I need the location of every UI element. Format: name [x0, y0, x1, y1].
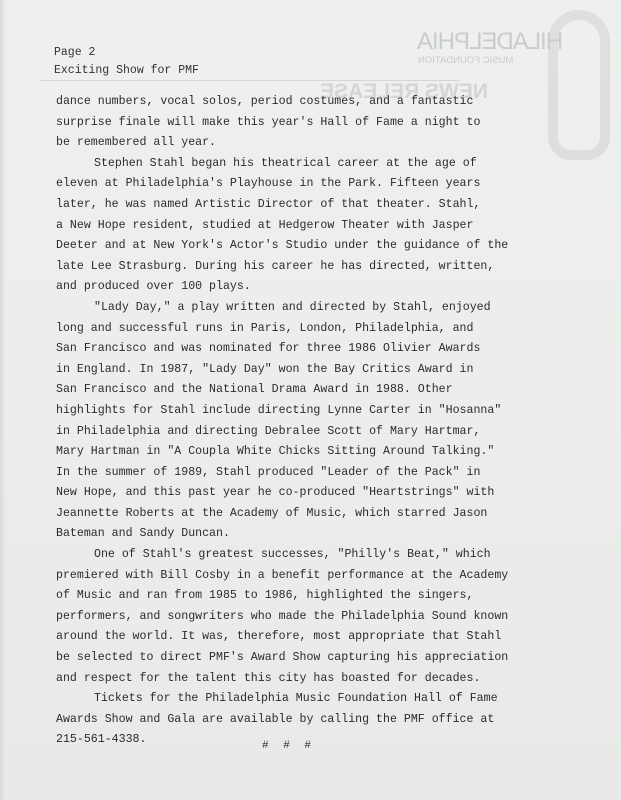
page-edge-shadow — [0, 0, 6, 800]
document-slug: Exciting Show for PMF — [54, 62, 199, 80]
text-line: later, he was named Artistic Director of… — [56, 195, 556, 216]
text-line: "Lady Day," a play written and directed … — [56, 298, 556, 319]
text-line: highlights for Stahl include directing L… — [56, 401, 556, 422]
text-line: be remembered all year. — [56, 133, 556, 154]
text-line: in Philadelphia and directing Debralee S… — [56, 422, 556, 443]
page-header: Page 2 Exciting Show for PMF — [54, 44, 199, 80]
text-line: and produced over 100 plays. — [56, 277, 556, 298]
text-line: Awards Show and Gala are available by ca… — [56, 710, 556, 731]
text-line: surprise finale will make this year's Ha… — [56, 113, 556, 134]
treble-clef-logo-icon — [548, 10, 610, 160]
body-paragraph: Stephen Stahl began his theatrical caree… — [56, 154, 556, 298]
body-paragraph: dance numbers, vocal solos, period costu… — [56, 92, 556, 154]
text-line: Tickets for the Philadelphia Music Found… — [56, 689, 556, 710]
document-body: dance numbers, vocal solos, period costu… — [56, 92, 556, 751]
letterhead-org-sub: MUSIC FOUNDATION — [418, 55, 513, 66]
text-line: Jeannette Roberts at the Academy of Musi… — [56, 504, 556, 525]
text-line: New Hope, and this past year he co-produ… — [56, 483, 556, 504]
letterhead-org-name: HILADELPHIA — [418, 28, 563, 56]
letterhead-divider — [40, 80, 460, 81]
text-line: San Francisco and was nominated for thre… — [56, 339, 556, 360]
text-line: be selected to direct PMF's Award Show c… — [56, 648, 556, 669]
text-line: Bateman and Sandy Duncan. — [56, 524, 556, 545]
page-number: Page 2 — [54, 44, 199, 62]
text-line: late Lee Strasburg. During his career he… — [56, 257, 556, 278]
text-line: premiered with Bill Cosby in a benefit p… — [56, 566, 556, 587]
text-line: in England. In 1987, "Lady Day" won the … — [56, 360, 556, 381]
text-line: around the world. It was, therefore, mos… — [56, 627, 556, 648]
text-line: dance numbers, vocal solos, period costu… — [56, 92, 556, 113]
text-line: long and successful runs in Paris, Londo… — [56, 319, 556, 340]
text-line: Stephen Stahl began his theatrical caree… — [56, 154, 556, 175]
text-line: performers, and songwriters who made the… — [56, 607, 556, 628]
document-page: HILADELPHIA MUSIC FOUNDATION NEWS RELEAS… — [0, 0, 621, 800]
text-line: Deeter and at New York's Actor's Studio … — [56, 236, 556, 257]
text-line: San Francisco and the National Drama Awa… — [56, 380, 556, 401]
text-line: a New Hope resident, studied at Hedgerow… — [56, 216, 556, 237]
text-line: of Music and ran from 1985 to 1986, high… — [56, 586, 556, 607]
end-of-release-mark: # # # — [262, 740, 315, 752]
body-paragraph: "Lady Day," a play written and directed … — [56, 298, 556, 545]
body-paragraph: One of Stahl's greatest successes, "Phil… — [56, 545, 556, 689]
text-line: and respect for the talent this city has… — [56, 669, 556, 690]
text-line: One of Stahl's greatest successes, "Phil… — [56, 545, 556, 566]
text-line: eleven at Philadelphia's Playhouse in th… — [56, 174, 556, 195]
text-line: In the summer of 1989, Stahl produced "L… — [56, 463, 556, 484]
text-line: Mary Hartman in "A Coupla White Chicks S… — [56, 442, 556, 463]
